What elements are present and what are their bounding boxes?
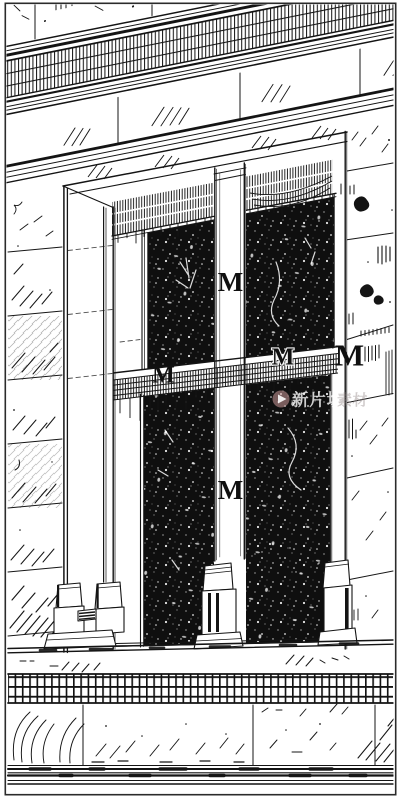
glass-panes (144, 197, 334, 646)
label-m-mullion-lower: M (218, 475, 243, 505)
label-m-transom-left: M (152, 363, 175, 389)
window-engraving: M M M M M 新片场 素材 (0, 0, 401, 800)
label-m-right-pane: M (272, 345, 295, 371)
plinth-grid-band (8, 674, 393, 703)
watermark-suffix-text: 素材 (337, 391, 368, 409)
engraving-stock-image: M M M M M 新片场 素材 (0, 0, 401, 800)
label-m-mullion-upper: M (218, 267, 243, 297)
label-m-wall-right: M (335, 338, 364, 373)
